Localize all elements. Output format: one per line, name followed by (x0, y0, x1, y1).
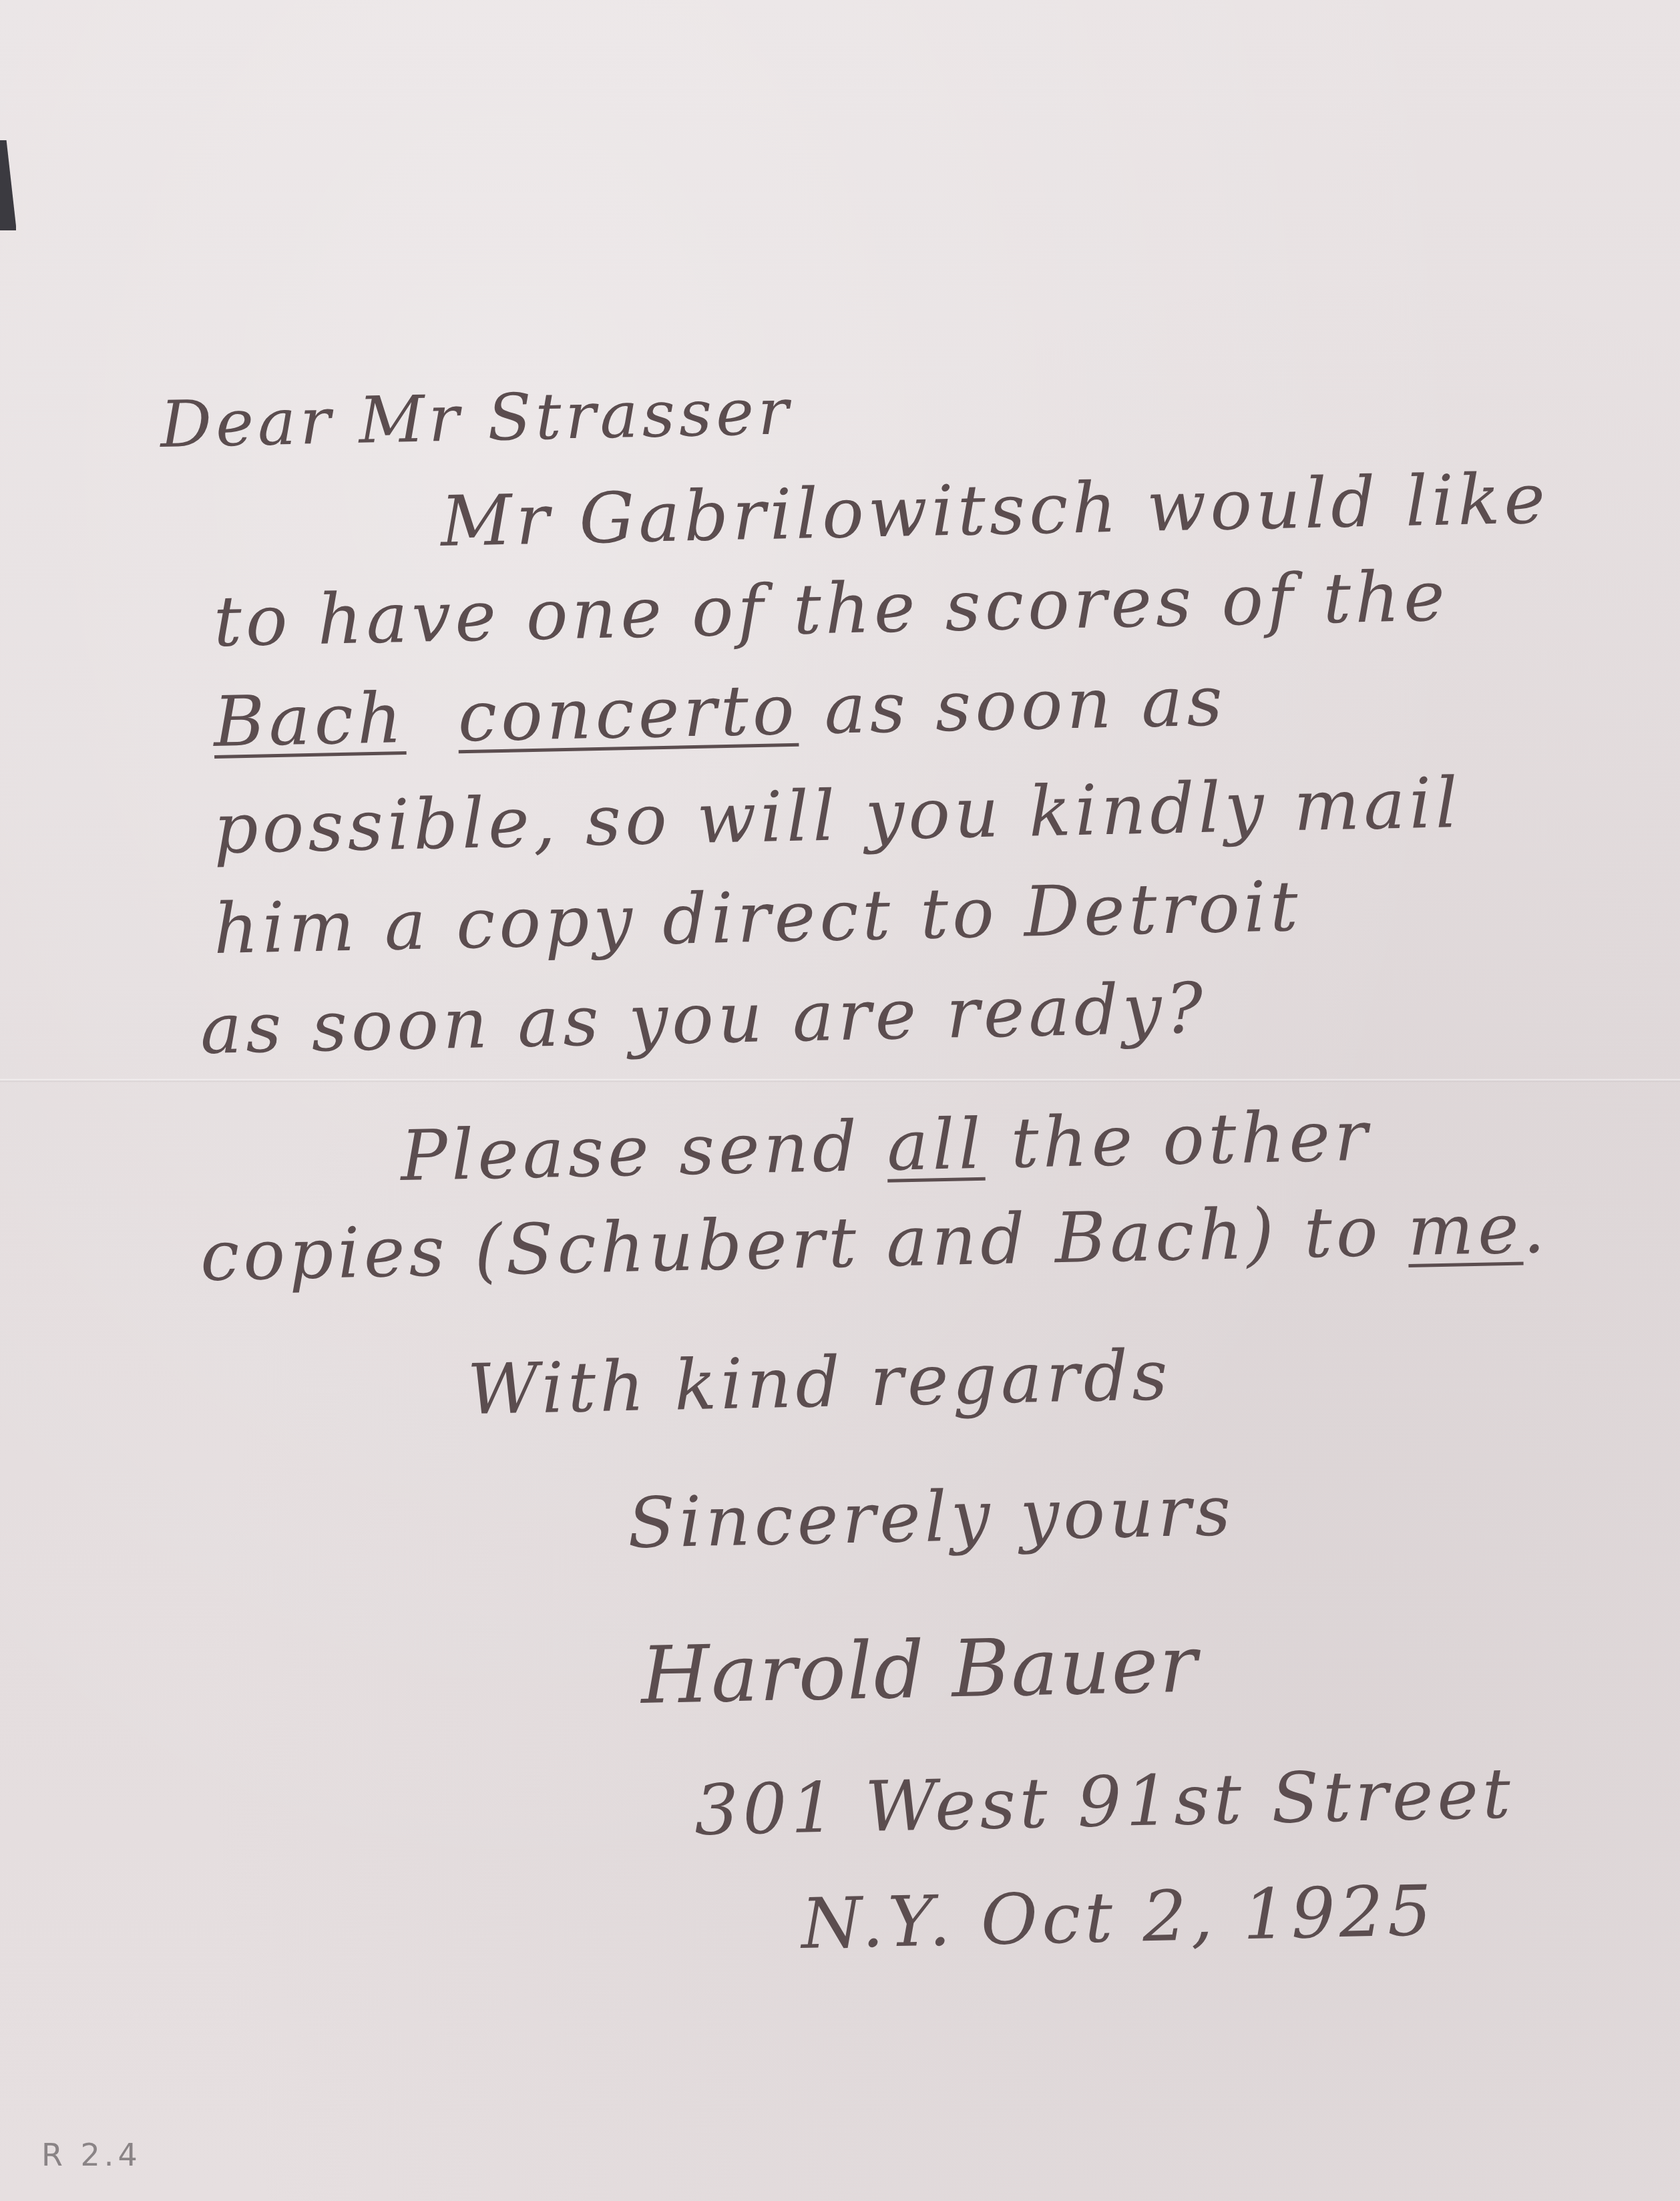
body-line-8-post: . (1522, 1187, 1550, 1269)
body-line-3-rest: as soon as (797, 660, 1227, 750)
paper-fold-crease (0, 1078, 1680, 1082)
underlined-me: me (1407, 1188, 1524, 1272)
closing: With kind regards (467, 1334, 1173, 1430)
place-date: N.Y. Oct 2, 1925 (801, 1870, 1436, 1965)
body-line-7-post: the other (984, 1095, 1372, 1185)
underlined-all: all (886, 1103, 986, 1187)
signature: Harold Bauer (640, 1618, 1200, 1722)
archive-margin-note: R 2.4 (41, 2137, 142, 2173)
underlined-concerto: concerto (457, 669, 799, 758)
underlined-bach: Bach (213, 677, 407, 763)
address: 301 West 91st Street (694, 1752, 1515, 1851)
salutation: Dear Mr Strasser (160, 374, 793, 462)
valediction: Sincerely yours (627, 1470, 1235, 1564)
body-line-7-pre: Please send (400, 1105, 888, 1197)
